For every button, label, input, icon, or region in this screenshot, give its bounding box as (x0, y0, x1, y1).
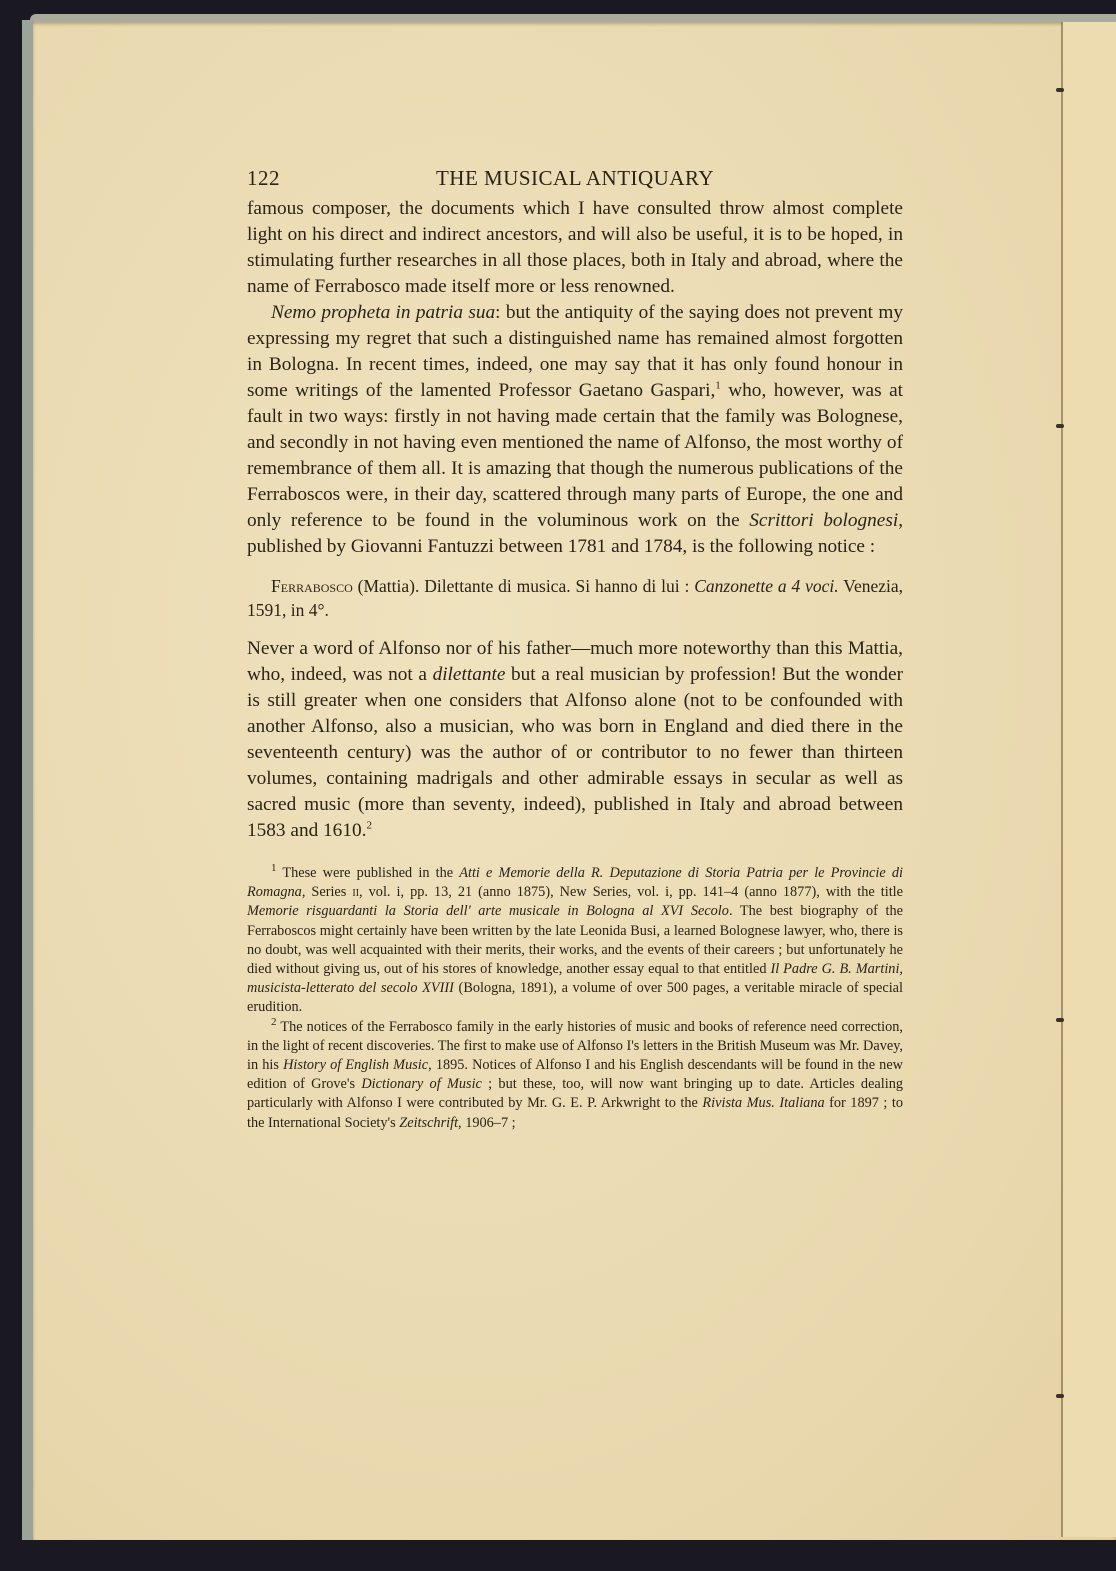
page-content: 122 THE MUSICAL ANTIQUARY famous compose… (247, 166, 903, 1133)
footnote-1: 1 These were published in the Atti e Mem… (247, 864, 903, 1018)
binding-mark (1056, 424, 1064, 428)
quoted-title: Canzonette a 4 voci. (694, 576, 838, 596)
block-quote-notice: Ferrabosco (Mattia). Dilettante di music… (247, 574, 903, 622)
binding-mark (1056, 88, 1064, 92)
paragraph-3: Never a word of Alfonso nor of his fathe… (247, 636, 903, 844)
binding-mark (1056, 1018, 1064, 1022)
work-title: Scrittori bolognesi (749, 510, 898, 531)
footnote-2: 2 The notices of the Ferrabosco family i… (247, 1018, 903, 1133)
paragraph-1: famous composer, the documents which I h… (247, 196, 903, 300)
journal-title: THE MUSICAL ANTIQUARY (247, 166, 903, 191)
page-fold-line (1061, 22, 1063, 1537)
latin-proverb: Nemo propheta in patria sua (271, 302, 495, 323)
quoted-name: Ferrabosco (271, 576, 353, 596)
adjacent-page-leaf (1063, 22, 1116, 1537)
footnotes: 1 These were published in the Atti e Mem… (247, 864, 903, 1133)
italic-term: dilettante (433, 664, 506, 685)
binding-mark (1056, 1394, 1064, 1398)
running-head: 122 THE MUSICAL ANTIQUARY (247, 166, 903, 196)
paragraph-2: Nemo propheta in patria sua: but the ant… (247, 300, 903, 560)
footnote-ref-2[interactable]: 2 (366, 820, 372, 832)
